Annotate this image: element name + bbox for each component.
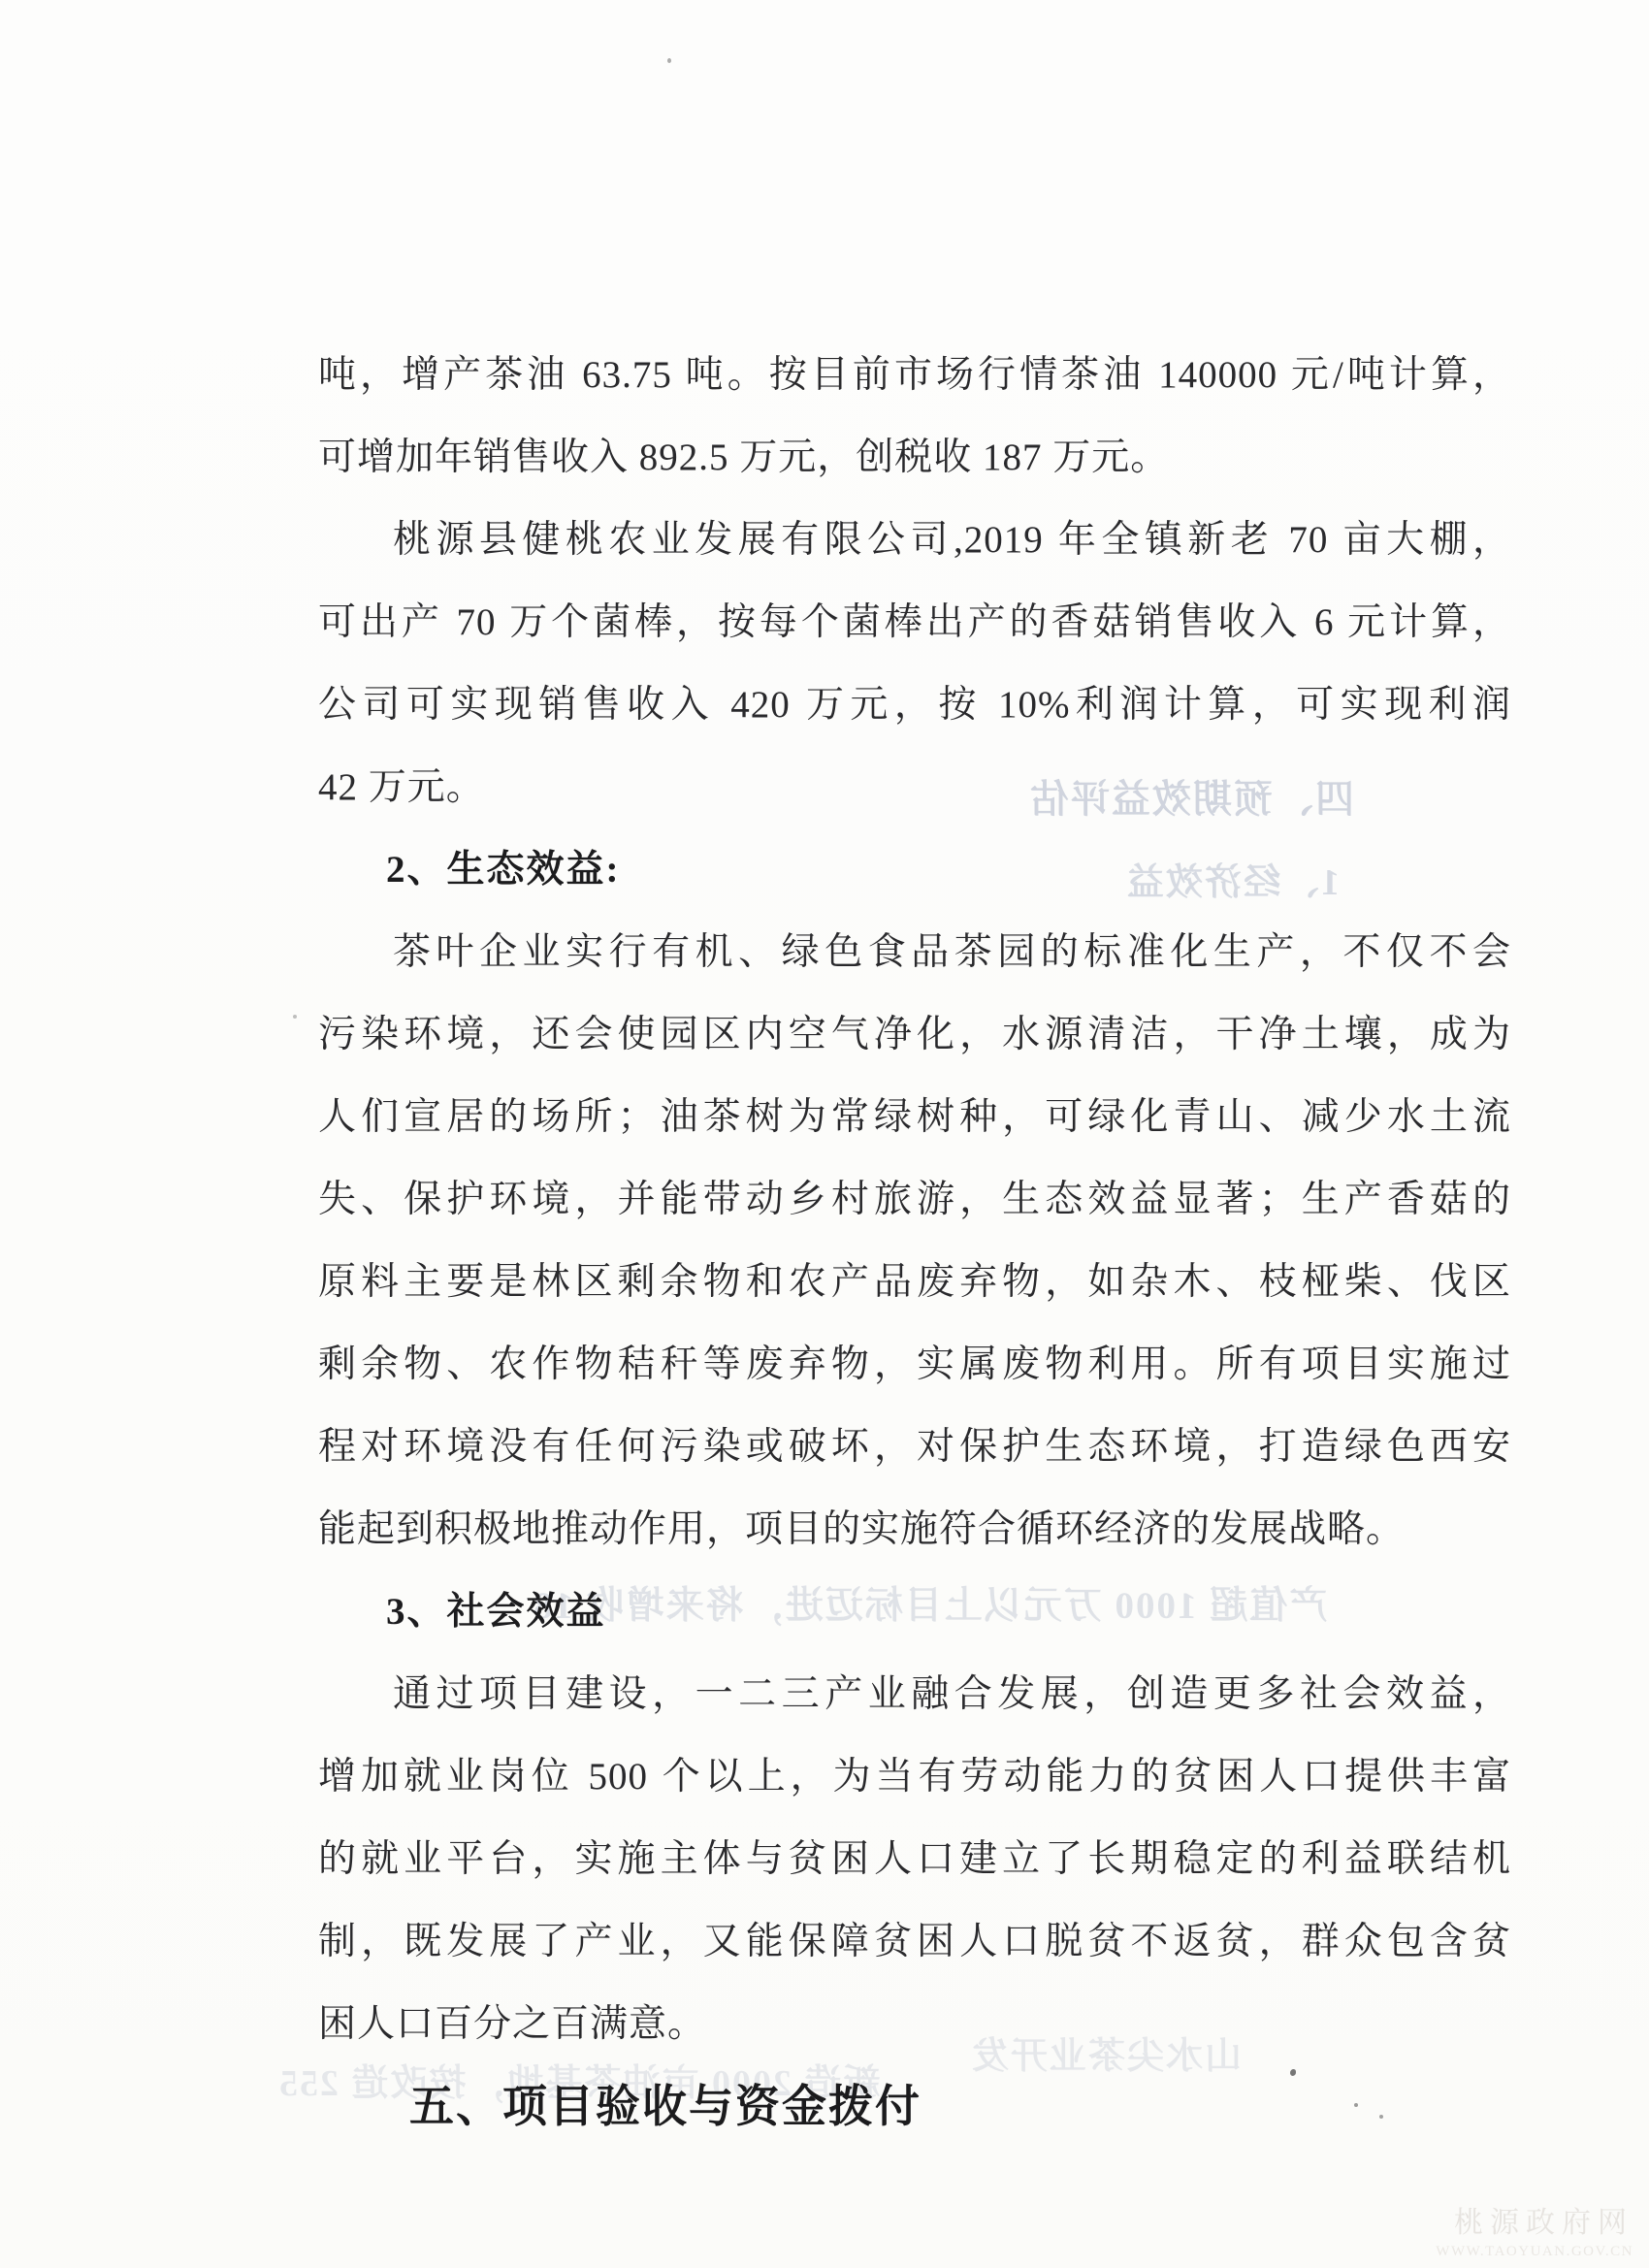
document-text-line: 制，既发展了产业，又能保障贫困人口脱贫不返贫，群众包含贫 — [318, 1900, 1511, 1983]
document-text-line: 能起到积极地推动作用，项目的实施符合循环经济的发展战略。 — [318, 1488, 1511, 1571]
document-text-line: 剩余物、农作物秸秆等废弃物，实属废物利用。所有项目实施过 — [318, 1323, 1511, 1406]
document-text-line: 桃源县健桃农业发展有限公司,2019 年全镇新老 70 亩大棚， — [318, 499, 1511, 581]
site-watermark: 桃源政府网 WWW.TAOYUAN.GOV.CN — [1436, 2198, 1633, 2260]
document-body: 吨，增产茶油 63.75 吨。按目前市场行情茶油 140000 元/吨计算，可增… — [318, 334, 1511, 2148]
document-text-line: 的就业平台，实施主体与贫困人口建立了长期稳定的利益联结机 — [318, 1818, 1511, 1900]
document-text-line: 通过项目建设，一二三产业融合发展，创造更多社会效益， — [318, 1653, 1511, 1735]
scanned-document-page: 四、预期效益评估 1、经济效益 产值超 1000 万元以上目标迈进，将来增收 1… — [0, 0, 1649, 2268]
ink-speck — [667, 58, 671, 63]
subsection-heading: 2、生态效益: — [318, 828, 1511, 911]
document-text-line: 吨，增产茶油 63.75 吨。按目前市场行情茶油 140000 元/吨计算， — [318, 334, 1511, 416]
ink-speck — [1354, 2103, 1358, 2107]
watermark-site-name: 桃源政府网 — [1436, 2198, 1633, 2241]
ink-speck — [293, 1015, 297, 1019]
document-text-line: 人们宣居的场所；油茶树为常绿树种，可绿化青山、减少水土流 — [318, 1076, 1511, 1158]
document-text-line: 茶叶企业实行有机、绿色食品茶园的标准化生产，不仅不会 — [318, 911, 1511, 993]
document-text-line: 失、保护环境，并能带动乡村旅游，生态效益显著；生产香菇的 — [318, 1158, 1511, 1241]
document-text-line: 困人口百分之百满意。 — [318, 1983, 1511, 2065]
document-text-line: 污染环境，还会使园区内空气净化，水源清洁，干净土壤，成为 — [318, 993, 1511, 1076]
document-text-line: 42 万元。 — [318, 746, 1511, 828]
document-text-line: 可出产 70 万个菌棒，按每个菌棒出产的香菇销售收入 6 元计算， — [318, 581, 1511, 664]
document-text-line: 公司可实现销售收入 420 万元，按 10%利润计算，可实现利润 — [318, 664, 1511, 746]
document-text-line: 增加就业岗位 500 个以上，为当有劳动能力的贫困人口提供丰富 — [318, 1735, 1511, 1818]
ink-speck — [1379, 2115, 1383, 2119]
section-heading: 五、项目验收与资金拨付 — [318, 2065, 1511, 2148]
document-text-line: 可增加年销售收入 892.5 万元，创税收 187 万元。 — [318, 416, 1511, 499]
subsection-heading: 3、社会效益 — [318, 1571, 1511, 1653]
document-text-line: 原料主要是林区剩余物和农产品废弃物，如杂木、枝桠柴、伐区 — [318, 1241, 1511, 1323]
watermark-site-url: WWW.TAOYUAN.GOV.CN — [1436, 2244, 1633, 2260]
document-text-line: 程对环境没有任何污染或破坏，对保护生态环境，打造绿色西安 — [318, 1406, 1511, 1488]
